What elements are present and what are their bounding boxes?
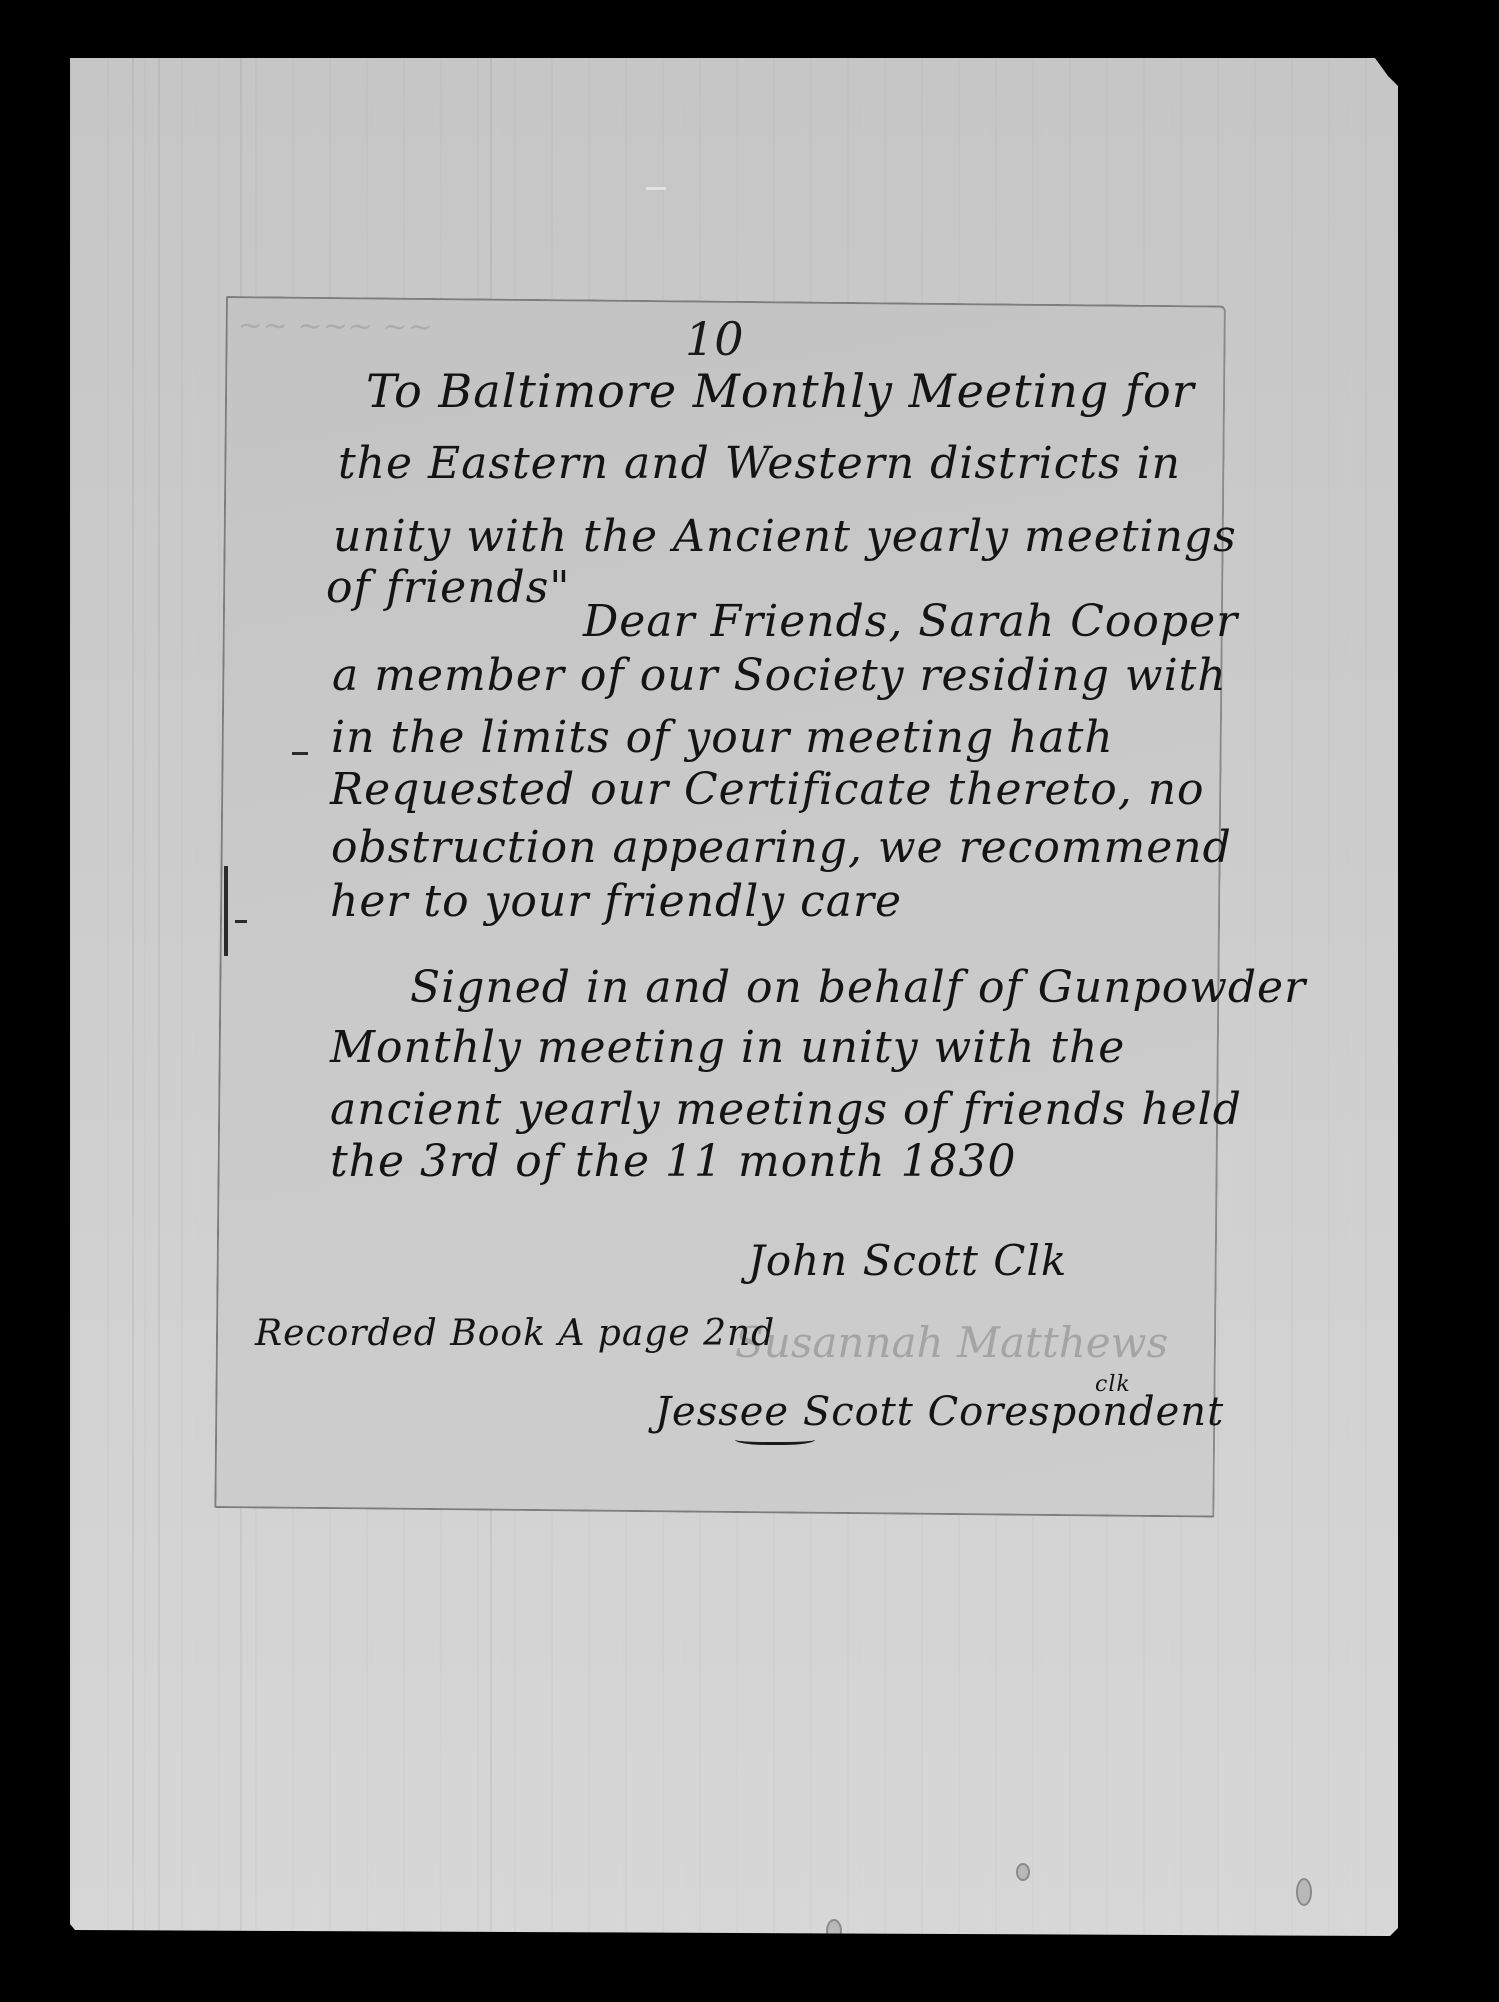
page-number: 10 [685,312,744,366]
letter-line: obstruction appearing, we recommend [331,826,1232,870]
margin-bar-mark [224,866,228,956]
letter-line: of friends" [326,566,571,610]
clerk-signature: John Scott Clk [748,1240,1067,1282]
letter-line: in the limits of your meeting hath [331,716,1114,760]
letter-line: a member of our Society residing with [332,654,1227,698]
letter-line: Monthly meeting in unity with the [330,1026,1125,1070]
signature-flourish [735,1432,815,1445]
bleed-through-text: ~~ ~~~ ~~ [238,308,433,345]
paper-hole-mark [1016,1863,1030,1881]
paper-mark [646,187,666,190]
faint-signature: Susannah Matthews [735,1318,1168,1367]
margin-dash-mark [292,752,308,755]
paper-hole-mark [826,1919,842,1943]
letter-line: the 3rd of the 11 month 1830 [330,1140,1017,1184]
correspondent-superscript: clk [1095,1374,1131,1396]
letter-line: her to your friendly care [330,880,902,924]
letter-line: Requested our Certificate thereto, no [330,768,1205,812]
letter-line: unity with the Ancient yearly meetings [333,515,1237,559]
page-crease [132,58,134,1936]
correspondent-signature: Jessee Scott Corespondent [655,1392,1224,1432]
letter-line: ancient yearly meetings of friends held [330,1088,1242,1132]
page-crease [158,58,160,1936]
letter-line: Signed in and on behalf of Gunpowder [410,966,1306,1010]
paper-hole-mark [1296,1878,1312,1906]
recorded-note: Recorded Book A page 2nd [255,1316,775,1352]
letter-line: the Eastern and Western districts in [338,442,1181,486]
margin-dash-mark [235,920,247,923]
letter-line: To Baltimore Monthly Meeting for [366,368,1195,414]
letter-line: Dear Friends, Sarah Cooper [583,600,1238,644]
